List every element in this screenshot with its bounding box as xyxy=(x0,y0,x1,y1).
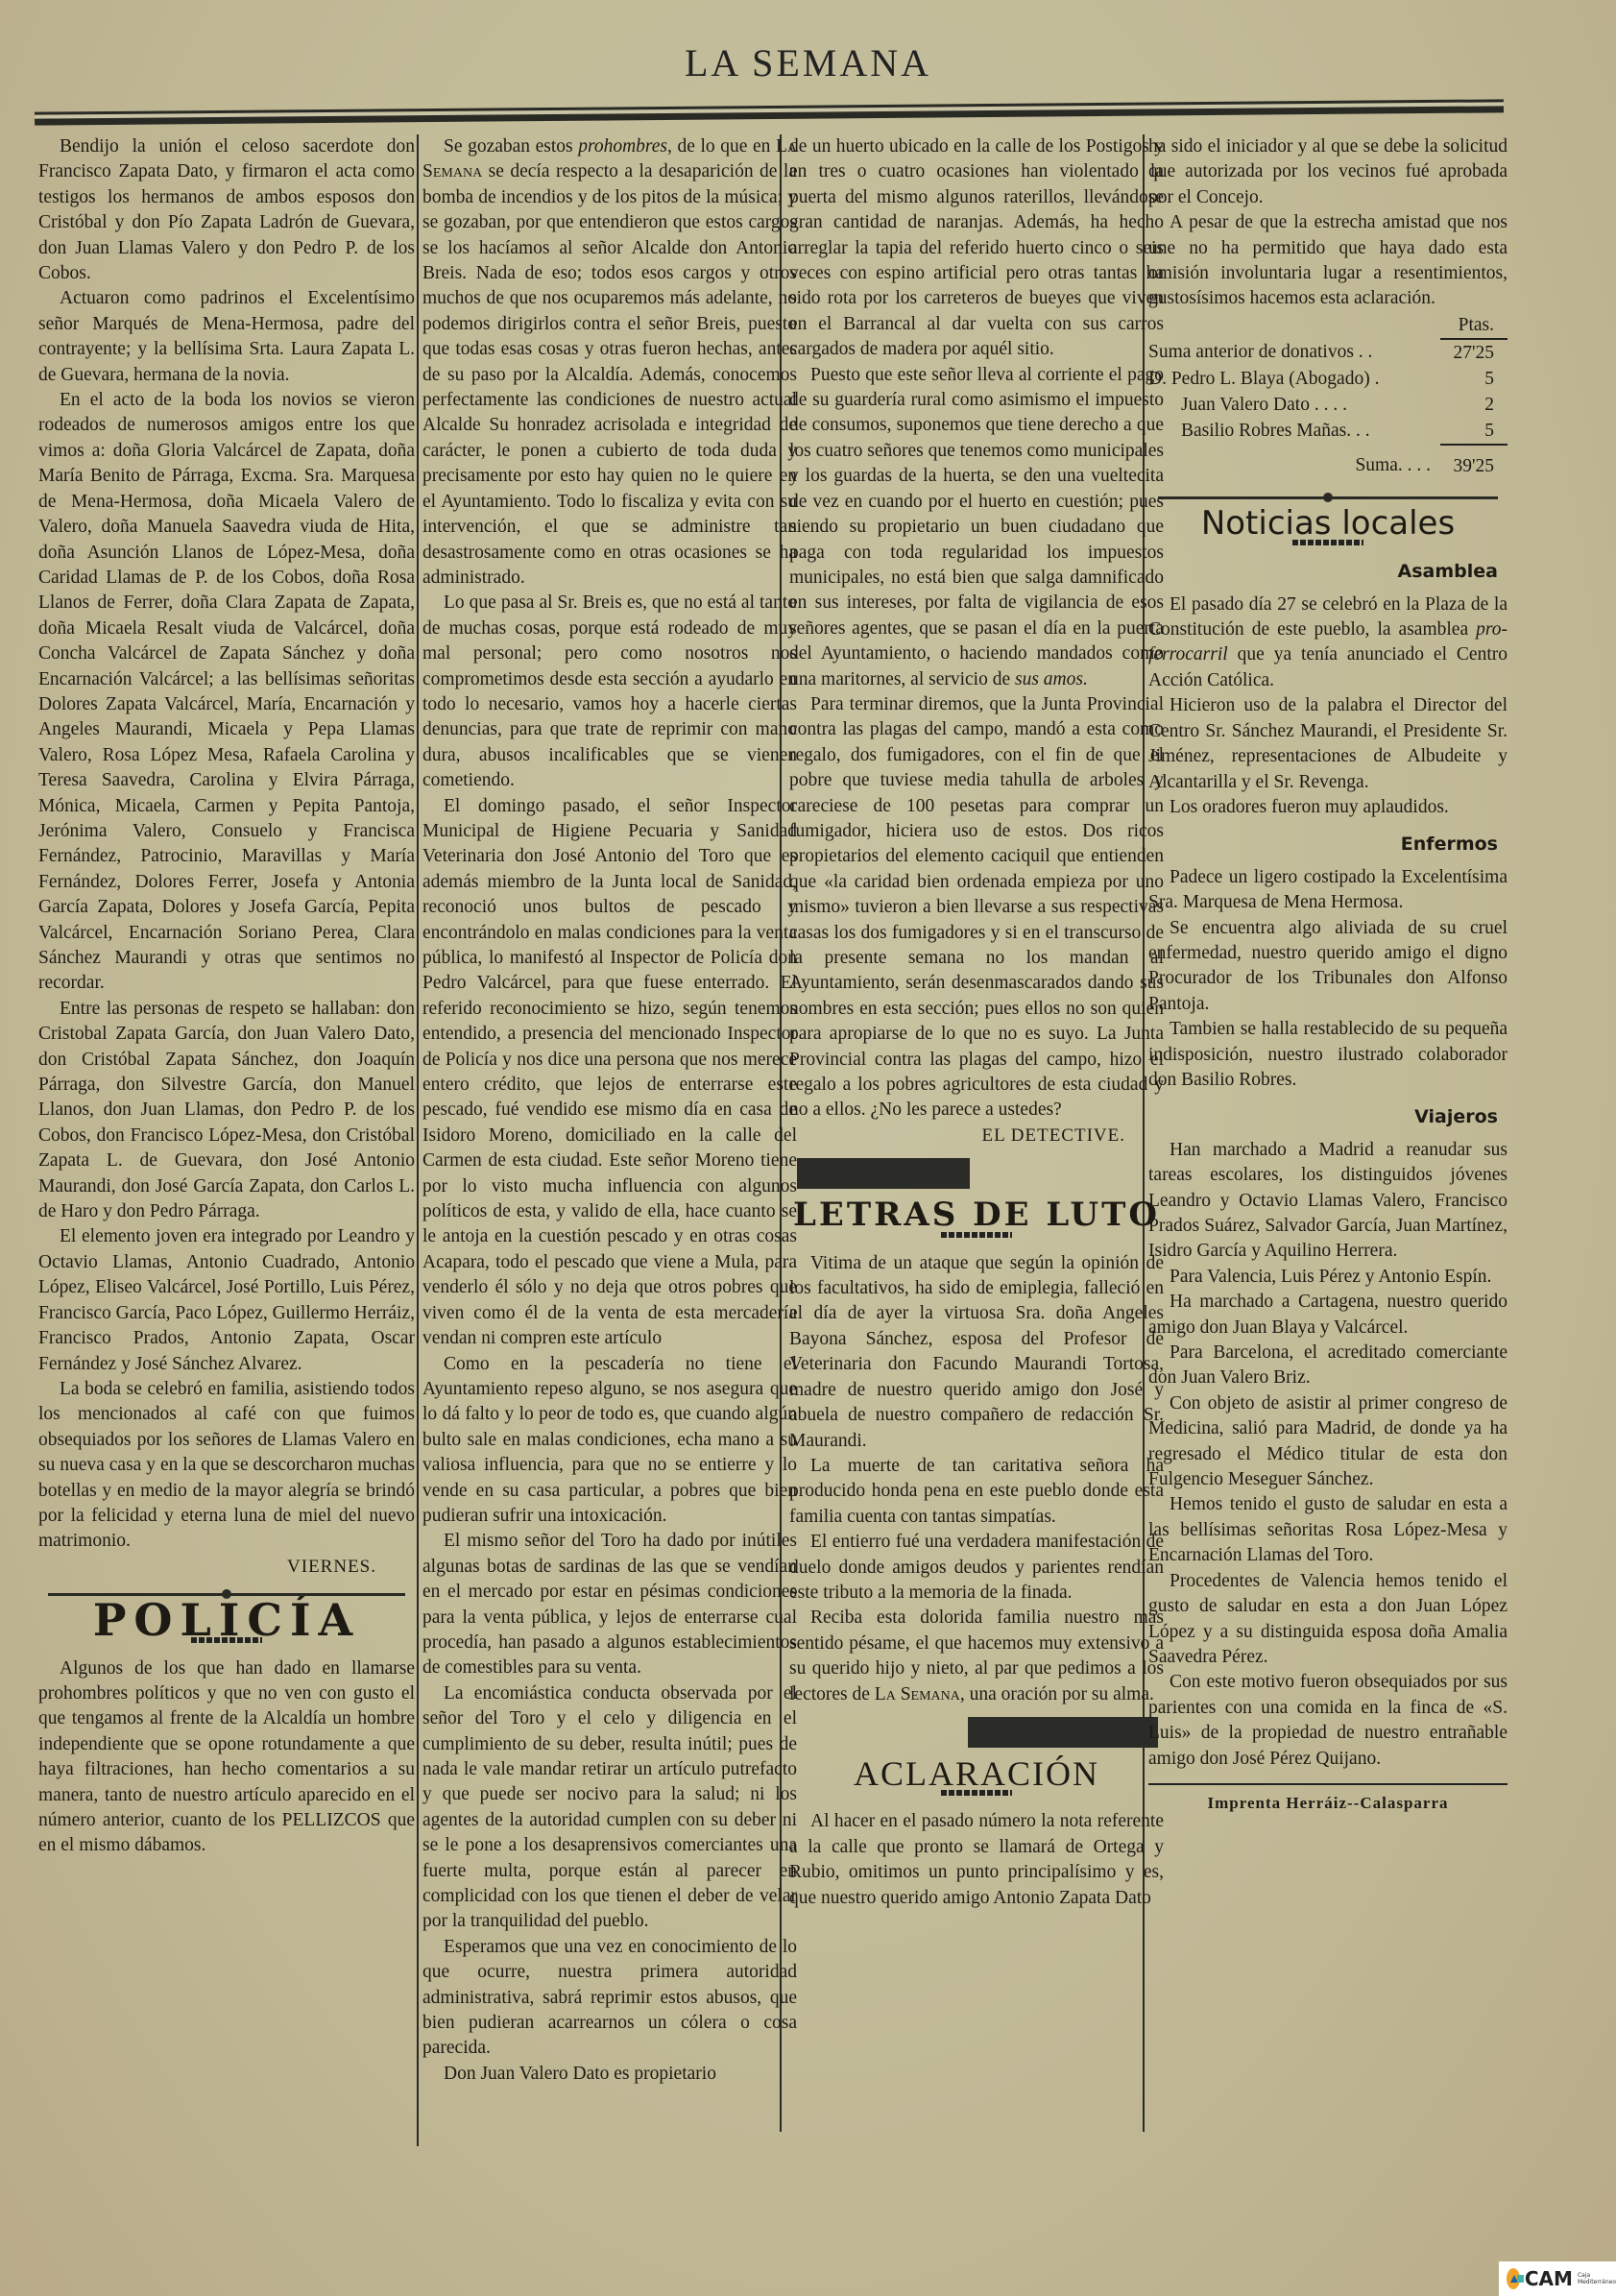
aclaracion-section: ACLARACIÓN Al hacer en el pasado número … xyxy=(789,1761,1164,1911)
article-signature: VIERNES. xyxy=(38,1555,415,1580)
donation-amount: 5 xyxy=(1440,366,1507,392)
cam-logo-icon xyxy=(1507,2268,1520,2289)
cam-subtitle: CajaMediterráneo xyxy=(1578,2272,1616,2285)
column-divider xyxy=(417,134,419,2146)
section-heading-aclaracion: ACLARACIÓN xyxy=(789,1761,1164,1786)
paragraph: Procedentes de Valencia hemos tenido el … xyxy=(1148,1569,1507,1671)
paragraph: Don Juan Valero Dato es propietario xyxy=(422,2062,797,2087)
paragraph: Con este motivo fueron obsequiados por s… xyxy=(1148,1670,1507,1772)
paragraph: Los oradores fueron muy aplaudidos. xyxy=(1148,795,1507,820)
italic-text: prohombres xyxy=(578,136,667,157)
paragraph: Para terminar diremos, que la Junta Prov… xyxy=(789,692,1164,1124)
paragraph: El mismo señor del Toro ha dado por inút… xyxy=(422,1529,797,1680)
paragraph: Algunos de los que han dado en llamarse … xyxy=(38,1656,415,1859)
masthead-rule xyxy=(35,99,1504,125)
policia-section: POLICÍA Algunos de los que han dado en l… xyxy=(38,1607,415,1859)
table-row: D. Pedro L. Blaya (Abogado) .5 xyxy=(1148,366,1507,392)
text: Puesto que este señor lleva al corriente… xyxy=(789,365,1164,689)
donor-name: Basilio Robres Mañas. . . xyxy=(1148,418,1440,445)
newspaper-name: La Semana xyxy=(875,1684,960,1704)
paragraph: Ha marchado a Cartagena, nuestro querido… xyxy=(1148,1290,1507,1341)
paragraph: La encomiástica conducta observada por e… xyxy=(422,1681,797,1935)
paragraph: El pasado día 27 se celebró en la Plaza … xyxy=(1148,592,1507,694)
paragraph: Se gozaban estos prohombres, de lo que e… xyxy=(422,134,797,591)
column-1: Bendijo la unión el celoso sacerdote don… xyxy=(38,134,415,1859)
paragraph: de un huerto ubicado en la calle de los … xyxy=(789,134,1164,363)
paragraph: Tambien se halla restablecido de su pequ… xyxy=(1148,1017,1507,1093)
paragraph: El entierro fué una verdadera manifestac… xyxy=(789,1530,1164,1606)
donor-name: Juan Valero Dato . . . . xyxy=(1148,392,1440,418)
paragraph: Reciba esta dolorida familia nuestro mas… xyxy=(789,1606,1164,1707)
paragraph: ha sido el iniciador y al que se debe la… xyxy=(1148,134,1507,210)
table-row: Basilio Robres Mañas. . .5 xyxy=(1148,418,1507,445)
paragraph: Entre las personas de respeto se hallaba… xyxy=(38,997,415,1225)
paragraph: La muerte de tan caritativa señora ha pr… xyxy=(789,1454,1164,1530)
text: , de lo que en xyxy=(667,136,776,157)
donations-table: Ptas. Suma anterior de donativos . .27'2… xyxy=(1148,312,1507,479)
donation-amount: 27'25 xyxy=(1440,339,1507,366)
letras-de-luto-section: LETRAS DE LUTO Vitima de un ataque que s… xyxy=(789,1202,1164,1707)
column-2: Se gozaban estos prohombres, de lo que e… xyxy=(422,134,797,2087)
printer-imprint: Imprenta Herráiz--Calasparra xyxy=(1148,1791,1507,1816)
paragraph: Vitima de un ataque que según la opinión… xyxy=(789,1251,1164,1454)
cam-watermark-logo: CAM CajaMediterráneo xyxy=(1499,2261,1616,2296)
total-label: Suma. . . . xyxy=(1148,445,1440,479)
table-row: Suma anterior de donativos . .27'25 xyxy=(1148,339,1507,366)
noticias-locales-section: Noticias locales Asamblea El pasado día … xyxy=(1148,511,1507,1772)
paragraph: Puesto que este señor lleva al corriente… xyxy=(789,363,1164,692)
donor-name: Suma anterior de donativos . . xyxy=(1148,339,1440,366)
subheading-viajeros: Viajeros xyxy=(1158,1104,1498,1129)
paragraph: El domingo pasado, el señor Inspector Mu… xyxy=(422,794,797,1352)
table-row: Juan Valero Dato . . . .2 xyxy=(1148,392,1507,418)
newspaper-page: LA SEMANA Bendijo la unión el celoso sac… xyxy=(0,0,1616,2296)
paragraph: A pesar de que la estrecha amistad que n… xyxy=(1148,210,1507,312)
paragraph: La boda se celebró en familia, asistiend… xyxy=(38,1377,415,1555)
total-amount: 39'25 xyxy=(1440,445,1507,479)
imprint-rule xyxy=(1148,1783,1507,1785)
text: Se gozaban estos xyxy=(444,136,578,157)
paragraph: Hemos tenido el gusto de saludar en esta… xyxy=(1148,1492,1507,1568)
paragraph: El elemento joven era integrado por Lean… xyxy=(38,1224,415,1376)
article-signature: EL DETECTIVE. xyxy=(789,1124,1164,1148)
paragraph: Para Valencia, Luis Pérez y Antonio Espí… xyxy=(1148,1265,1507,1290)
paragraph: Se encuentra algo aliviada de su cruel e… xyxy=(1148,916,1507,1018)
section-heading-policia: POLICÍA xyxy=(38,1607,415,1632)
paragraph: Actuaron como padrinos el Excelentísimo … xyxy=(38,286,415,388)
italic-text: sus amos. xyxy=(1015,669,1088,689)
cam-subtitle-line: Mediterráneo xyxy=(1578,2279,1616,2285)
subheading-enfermos: Enfermos xyxy=(1158,832,1498,857)
text: El pasado día 27 se celebró en la Plaza … xyxy=(1148,594,1507,640)
currency-header: Ptas. xyxy=(1440,312,1507,339)
section-heading-luto: LETRAS DE LUTO xyxy=(789,1202,1164,1227)
cam-subtitle-line: Caja xyxy=(1578,2272,1616,2279)
paragraph: Bendijo la unión el celoso sacerdote don… xyxy=(38,134,415,286)
paragraph: Para Barcelona, el acreditado comerciant… xyxy=(1148,1341,1507,1391)
donation-amount: 5 xyxy=(1440,418,1507,445)
donor-name: D. Pedro L. Blaya (Abogado) . xyxy=(1148,366,1440,392)
total-row: Suma. . . .39'25 xyxy=(1148,445,1507,479)
cam-brand: CAM xyxy=(1525,2267,1573,2290)
text: , una oración por su alma. xyxy=(960,1684,1154,1704)
paragraph: Hicieron uso de la palabra el Director d… xyxy=(1148,693,1507,795)
section-divider xyxy=(48,1593,405,1596)
paragraph: Al hacer en el pasado número la nota ref… xyxy=(789,1809,1164,1911)
masthead-title: LA SEMANA xyxy=(0,40,1616,85)
paragraph: Han marchado a Madrid a reanudar sus tar… xyxy=(1148,1138,1507,1265)
paragraph: En el acto de la boda los novios se vier… xyxy=(38,388,415,997)
section-divider xyxy=(1158,496,1498,499)
paragraph: Con objeto de asistir al primer congreso… xyxy=(1148,1391,1507,1493)
text: se decía respecto a la desaparición de l… xyxy=(422,161,797,588)
column-4: ha sido el iniciador y al que se debe la… xyxy=(1148,134,1507,1816)
paragraph: Como en la pescadería no tiene el Ayunta… xyxy=(422,1352,797,1530)
wedding-article: Bendijo la unión el celoso sacerdote don… xyxy=(38,134,415,1580)
mourning-bar xyxy=(797,1158,970,1189)
donation-amount: 2 xyxy=(1440,392,1507,418)
subheading-asamblea: Asamblea xyxy=(1158,559,1498,584)
paragraph: Lo que pasa al Sr. Breis es, que no está… xyxy=(422,591,797,793)
mourning-bar xyxy=(968,1717,1158,1748)
column-3: de un huerto ubicado en la calle de los … xyxy=(789,134,1164,1911)
section-heading-noticias: Noticias locales xyxy=(1148,511,1507,536)
paragraph: Esperamos que una vez en conocimiento de… xyxy=(422,1935,797,2062)
paragraph: Padece un ligero costipado la Excelentís… xyxy=(1148,865,1507,916)
